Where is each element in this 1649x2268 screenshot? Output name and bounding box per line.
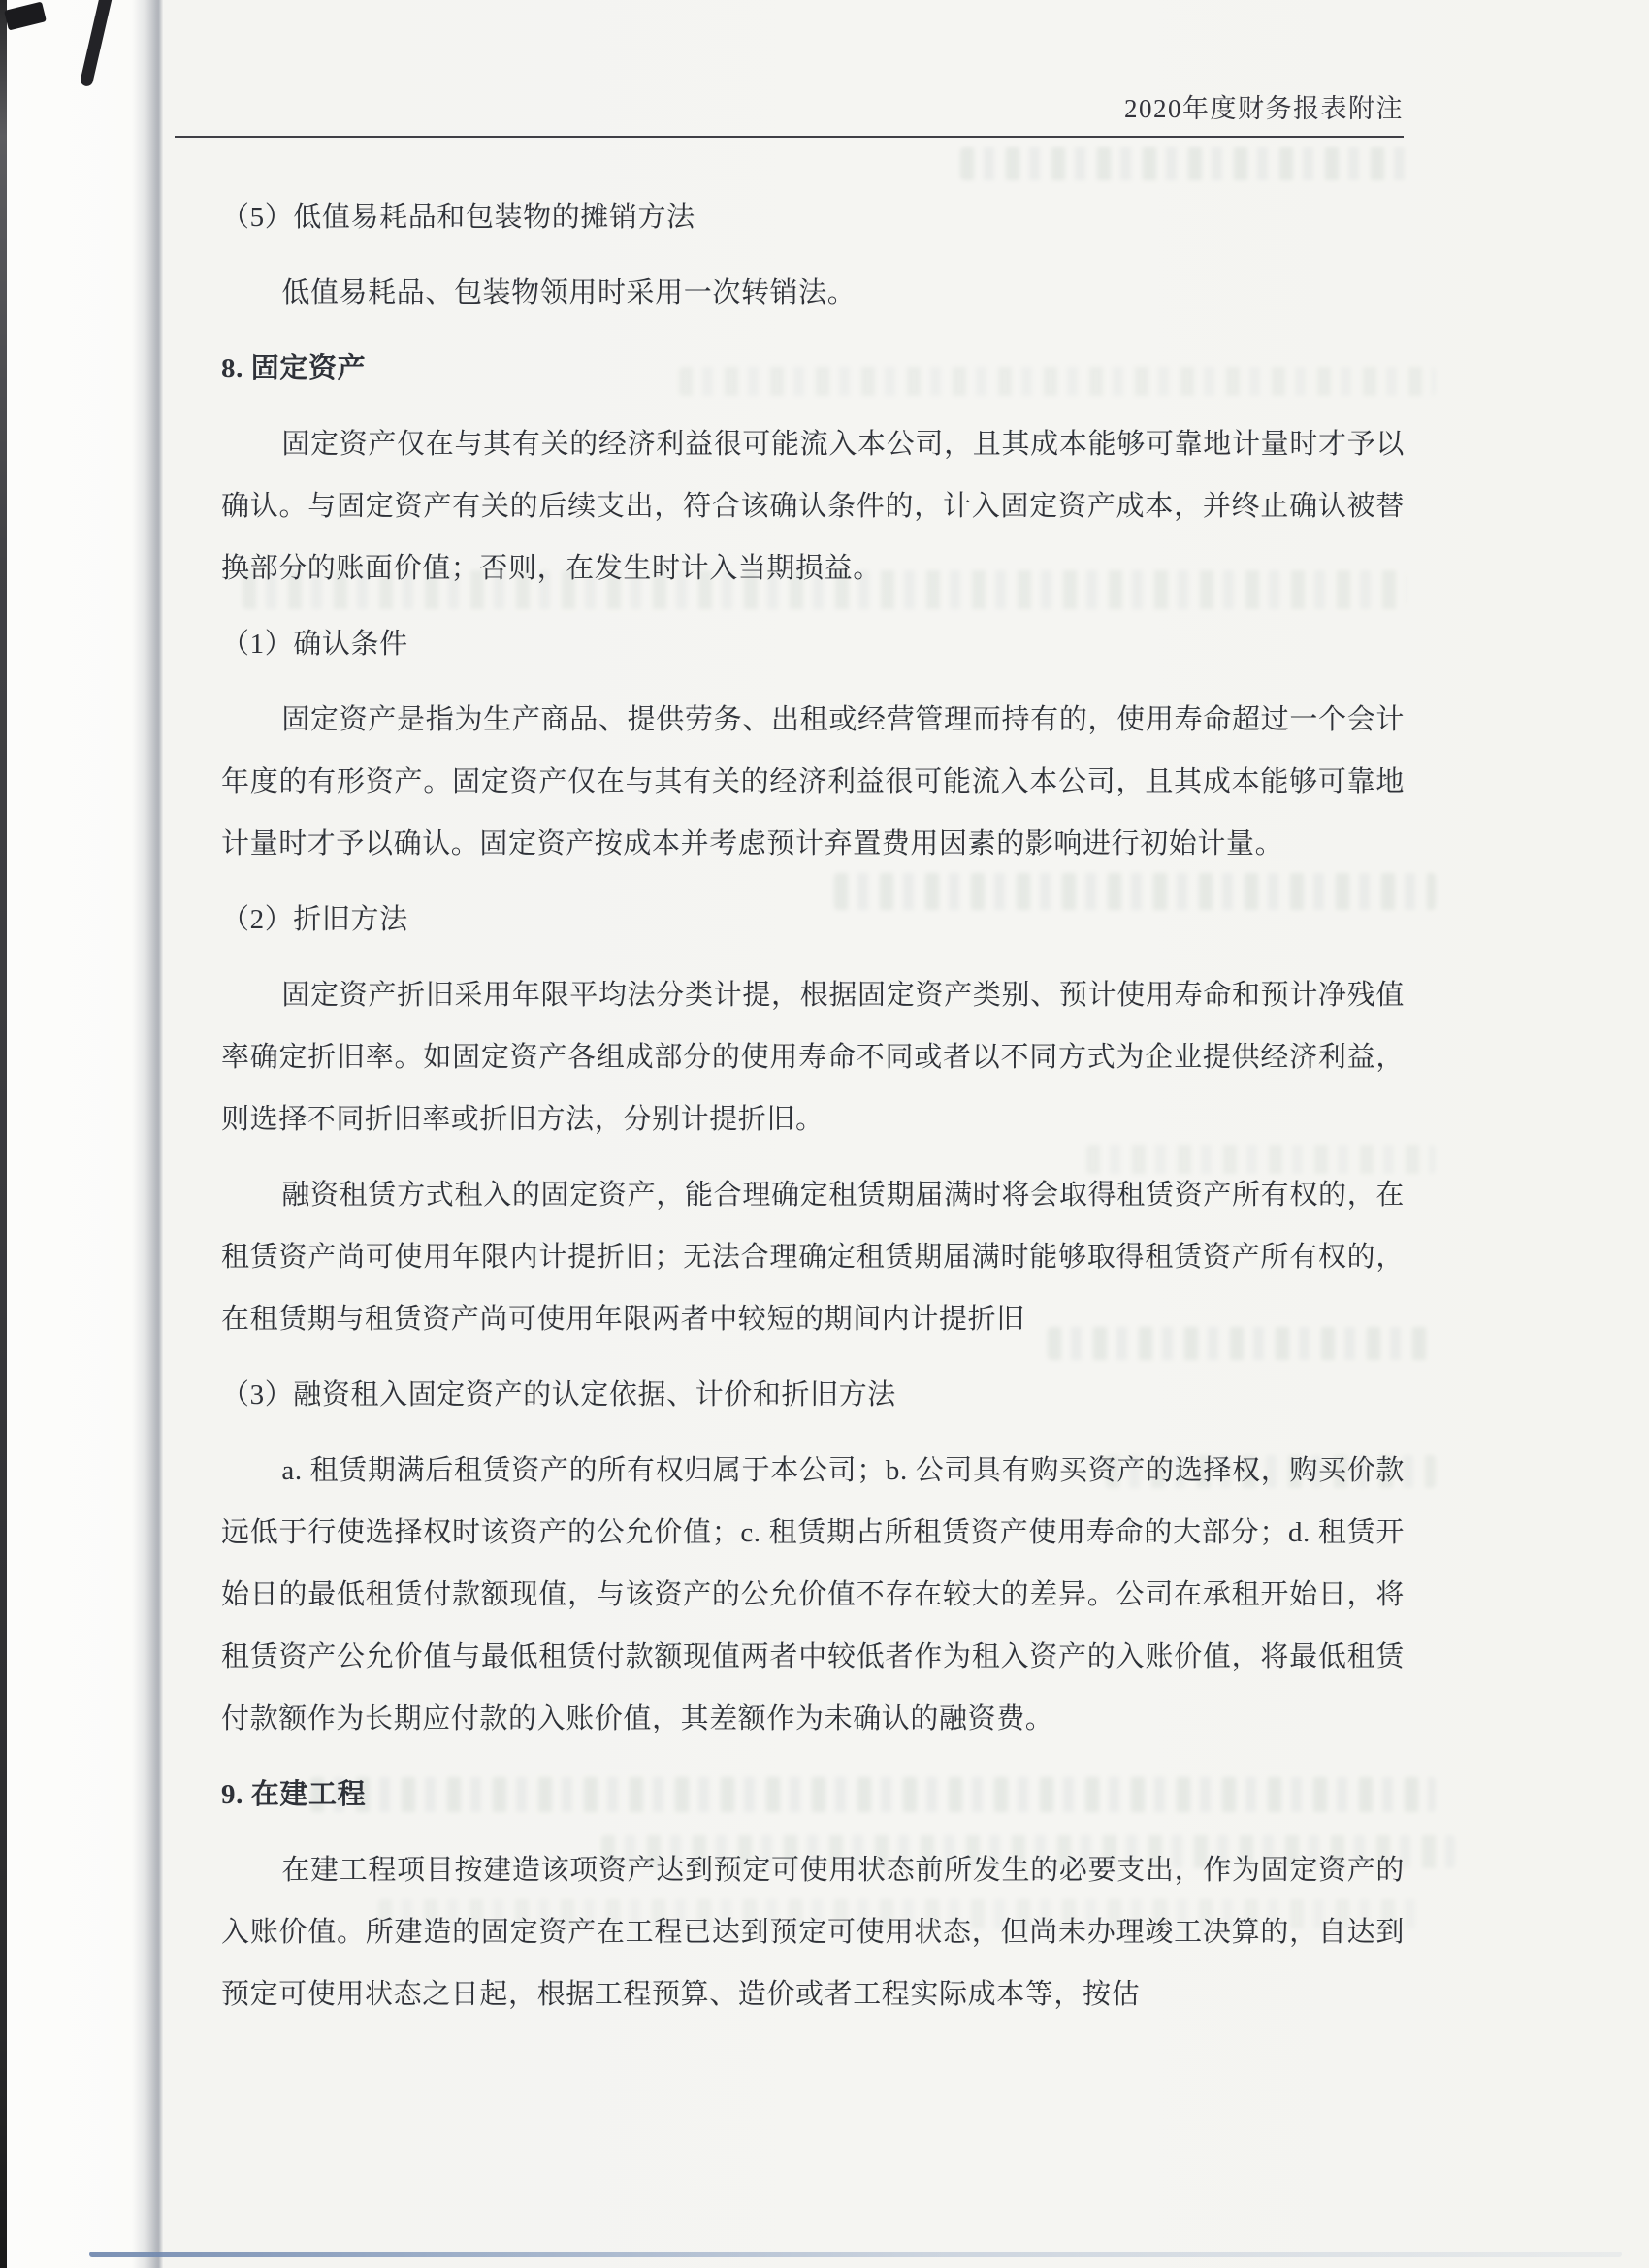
scan-artifact-streak bbox=[80, 0, 114, 87]
paragraph: 低值易耗品、包装物领用时采用一次转销法。 bbox=[221, 262, 1405, 324]
bleed-through-artifact bbox=[960, 147, 1416, 180]
paragraph: a. 租赁期满后租赁资产的所有权归属于本公司；b. 公司具有购买资产的选择权，购… bbox=[221, 1440, 1405, 1750]
page-header-title: 2020年度财务报表附注 bbox=[175, 91, 1404, 126]
paragraph: 固定资产是指为生产商品、提供劳务、出租或经营管理而持有的，使用寿命超过一个会计年… bbox=[221, 689, 1405, 875]
scan-artifact-mark bbox=[4, 1, 47, 30]
section-subheading: （2）折旧方法 bbox=[221, 889, 1405, 951]
section-subheading: （3）融资租入固定资产的认定依据、计价和折旧方法 bbox=[221, 1364, 1405, 1426]
paragraph: 固定资产仅在与其有关的经济利益很可能流入本公司，且其成本能够可靠地计量时才予以确… bbox=[221, 413, 1405, 599]
page-spine-shadow bbox=[132, 0, 163, 2268]
document-body: （5）低值易耗品和包装物的摊销方法低值易耗品、包装物领用时采用一次转销法。8. … bbox=[221, 186, 1405, 2039]
paragraph: 在建工程项目按建造该项资产达到预定可使用状态前所发生的必要支出，作为固定资产的入… bbox=[221, 1839, 1405, 2025]
section-heading: 9. 在建工程 bbox=[221, 1764, 1405, 1826]
scan-bottom-artifact bbox=[89, 2252, 1622, 2257]
page-header: 2020年度财务报表附注 bbox=[175, 91, 1404, 138]
section-subheading: （1）确认条件 bbox=[221, 613, 1405, 675]
section-subheading: （5）低值易耗品和包装物的摊销方法 bbox=[221, 186, 1405, 248]
paragraph: 固定资产折旧采用年限平均法分类计提，根据固定资产类别、预计使用寿命和预计净残值率… bbox=[221, 964, 1405, 1150]
paragraph: 融资租赁方式租入的固定资产，能合理确定租赁期届满时将会取得租赁资产所有权的，在租… bbox=[221, 1164, 1405, 1350]
section-heading: 8. 固定资产 bbox=[221, 338, 1405, 400]
scan-binding-edge bbox=[0, 0, 7, 2268]
scanned-document-page: 2020年度财务报表附注 （5）低值易耗品和包装物的摊销方法低值易耗品、包装物领… bbox=[0, 0, 1649, 2268]
